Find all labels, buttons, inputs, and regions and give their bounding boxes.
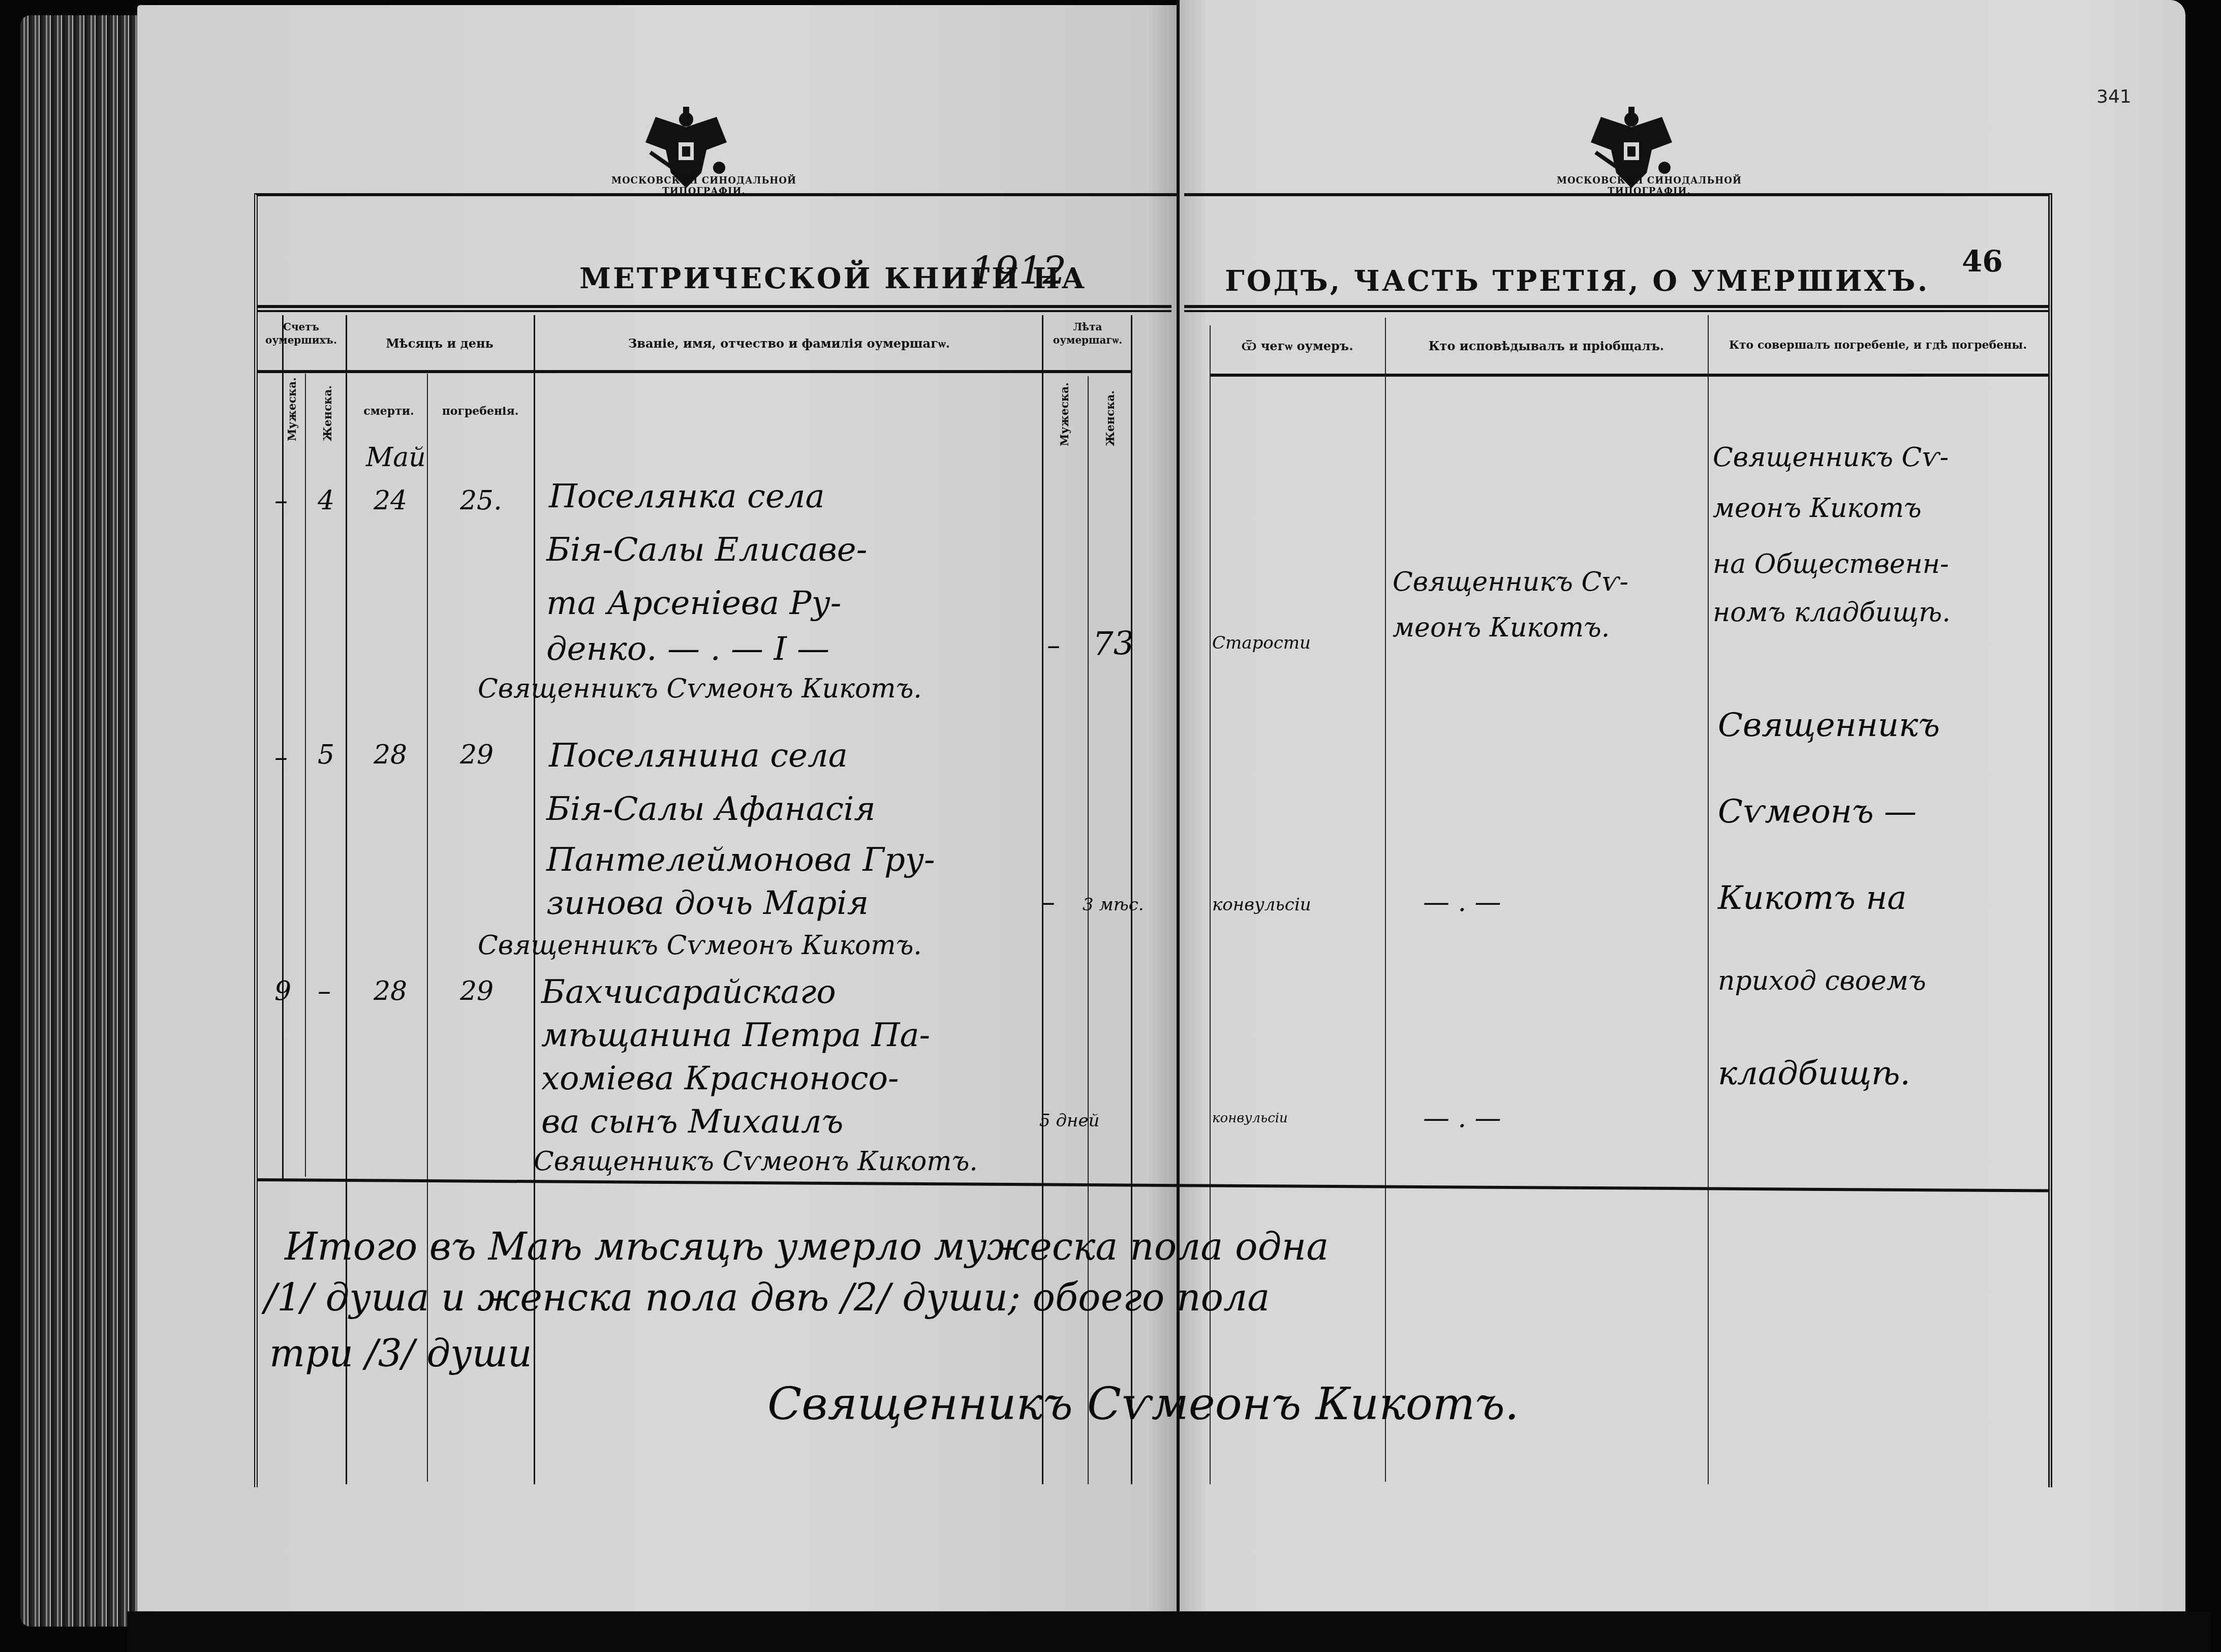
confessor-line: Священникъ Сѵ- <box>1393 567 1628 597</box>
count-female: 5 <box>318 740 334 770</box>
summary-line: три /3/ души <box>269 1332 532 1375</box>
confessor-line: — . — <box>1423 1103 1501 1134</box>
deceased-name-line: ва сынъ Михаилъ <box>541 1103 844 1141</box>
count-female: – <box>318 976 331 1006</box>
header-rule-right <box>1184 305 2048 312</box>
confessor-line: — . — <box>1423 887 1501 917</box>
summary-line: Итого въ Маѣ мѣсяцѣ умерло мужеска пола … <box>285 1225 1329 1269</box>
burial-day: 29 <box>460 976 493 1006</box>
burial-line: Священникъ <box>1718 707 1940 744</box>
header-count: Счетъ оумершихъ. <box>259 320 343 347</box>
deceased-name-line: зинова дочь Марія <box>546 884 869 922</box>
header-count-male: Мужеска. <box>286 385 299 441</box>
summary-line: /1/ душа и женска пола двѣ /2/ души; обо… <box>264 1276 1270 1320</box>
count-male: – <box>274 742 288 773</box>
deceased-name-line: денко. — . — I — <box>546 630 829 668</box>
deceased-name-line: Бiя-Салы Елисаве- <box>546 531 867 569</box>
burial-line: номъ кладбищѣ. <box>1713 597 1951 628</box>
deceased-name-line: та Арсеніева Ру- <box>546 585 841 622</box>
header-cause: Ѿ чегѡ оумеръ. <box>1212 338 1382 354</box>
header-age-male: Мужеска. <box>1058 390 1071 446</box>
age-male: – <box>1047 630 1060 661</box>
cause-of-death: конвульсiи <box>1212 895 1311 915</box>
header-month-day: Мѣсяцъ и день <box>351 335 529 351</box>
page-number: 46 <box>1962 244 2003 279</box>
death-day: 28 <box>374 976 407 1006</box>
burial-day: 25. <box>460 485 502 516</box>
header-age-female: Женска. <box>1104 390 1117 446</box>
deceased-name-line: Бахчисарайскаго <box>541 973 836 1011</box>
age-male: 5 дней <box>1039 1111 1099 1131</box>
cause-of-death: Старости <box>1212 633 1311 653</box>
priest-signature: Священникъ Сѵмеонъ Кикотъ. <box>534 1146 978 1177</box>
header-burial: погребенія. <box>429 404 531 419</box>
death-day: 28 <box>374 740 407 770</box>
age-female: 73 <box>1093 625 1134 663</box>
month: Май <box>366 442 426 473</box>
burial-line: меонъ Кикотъ <box>1713 493 1922 524</box>
column-divider <box>1385 318 1386 1482</box>
header-death: смерти. <box>351 404 427 419</box>
right-table-frame <box>1184 193 2052 1487</box>
header-confessor: Кто исповѣдывалъ и пріобщалъ. <box>1387 338 1705 354</box>
open-register-book: 341 МОСКОВСКОЙ СИНОДАЛЬНОЙ ТИПОГРАФІИ. М… <box>0 0 2221 1652</box>
deceased-name-line: Поселянина села <box>549 737 848 775</box>
deceased-name-line: мѣщанина Петра Па- <box>541 1017 930 1054</box>
priest-signature: Священникъ Сѵмеонъ Кикотъ. <box>478 674 922 704</box>
header-age: Лѣта оумершагѡ. <box>1044 320 1131 347</box>
age-male: – <box>1042 887 1055 917</box>
header-count-female: Женска. <box>321 385 334 441</box>
deceased-name-line: Поселянка села <box>549 478 825 515</box>
count-male: – <box>274 485 288 516</box>
column-divider <box>305 374 306 1177</box>
bottom-shadow <box>127 1611 2211 1652</box>
subheader-rule-left <box>257 370 1131 373</box>
deceased-name-line: Пантелеймонова Гру- <box>546 841 935 879</box>
burial-line: Кикотъ на <box>1718 879 1907 917</box>
archive-page-number: 341 <box>2096 86 2132 107</box>
death-day: 24 <box>374 485 407 516</box>
burial-day: 29 <box>460 740 493 770</box>
column-divider <box>1708 315 1709 1484</box>
burial-line: Священникъ Сѵ- <box>1713 442 1949 473</box>
deceased-name-line: Бiя-Салы Афанасія <box>546 790 876 828</box>
title-right: ГОДЪ, ЧАСТЬ ТРЕТІЯ, О УМЕРШИХЪ. <box>1225 264 1929 298</box>
confessor-line: меонъ Кикотъ. <box>1393 613 1610 643</box>
burial-line: кладбищѣ. <box>1718 1055 1910 1092</box>
book-page-edges <box>20 15 142 1627</box>
count-male: 9 <box>274 976 291 1006</box>
header-name: Званіе, имя, отчество и фамилія оумершаг… <box>539 335 1039 351</box>
summary-signature: Священникъ Сѵмеонъ Кикотъ. <box>767 1378 1519 1430</box>
header-burial-by: Кто совершалъ погребеніе, и гдѣ погребен… <box>1710 338 2046 353</box>
count-female: 4 <box>318 485 334 516</box>
age-female: 3 мѣс. <box>1083 895 1144 915</box>
burial-line: приход своемъ <box>1718 966 1926 996</box>
header-rule-left <box>257 305 1171 312</box>
burial-line: на Общественн- <box>1713 549 1949 579</box>
priest-signature: Священникъ Сѵмеонъ Кикотъ. <box>478 930 922 961</box>
deceased-name-line: хомiева Красноносо- <box>541 1060 899 1097</box>
burial-line: Сѵмеонъ — <box>1718 793 1917 831</box>
subheader-rule-right <box>1210 374 2048 377</box>
register-year: 1912 <box>971 249 1066 293</box>
cause-of-death: конвульсiи <box>1212 1111 1288 1126</box>
